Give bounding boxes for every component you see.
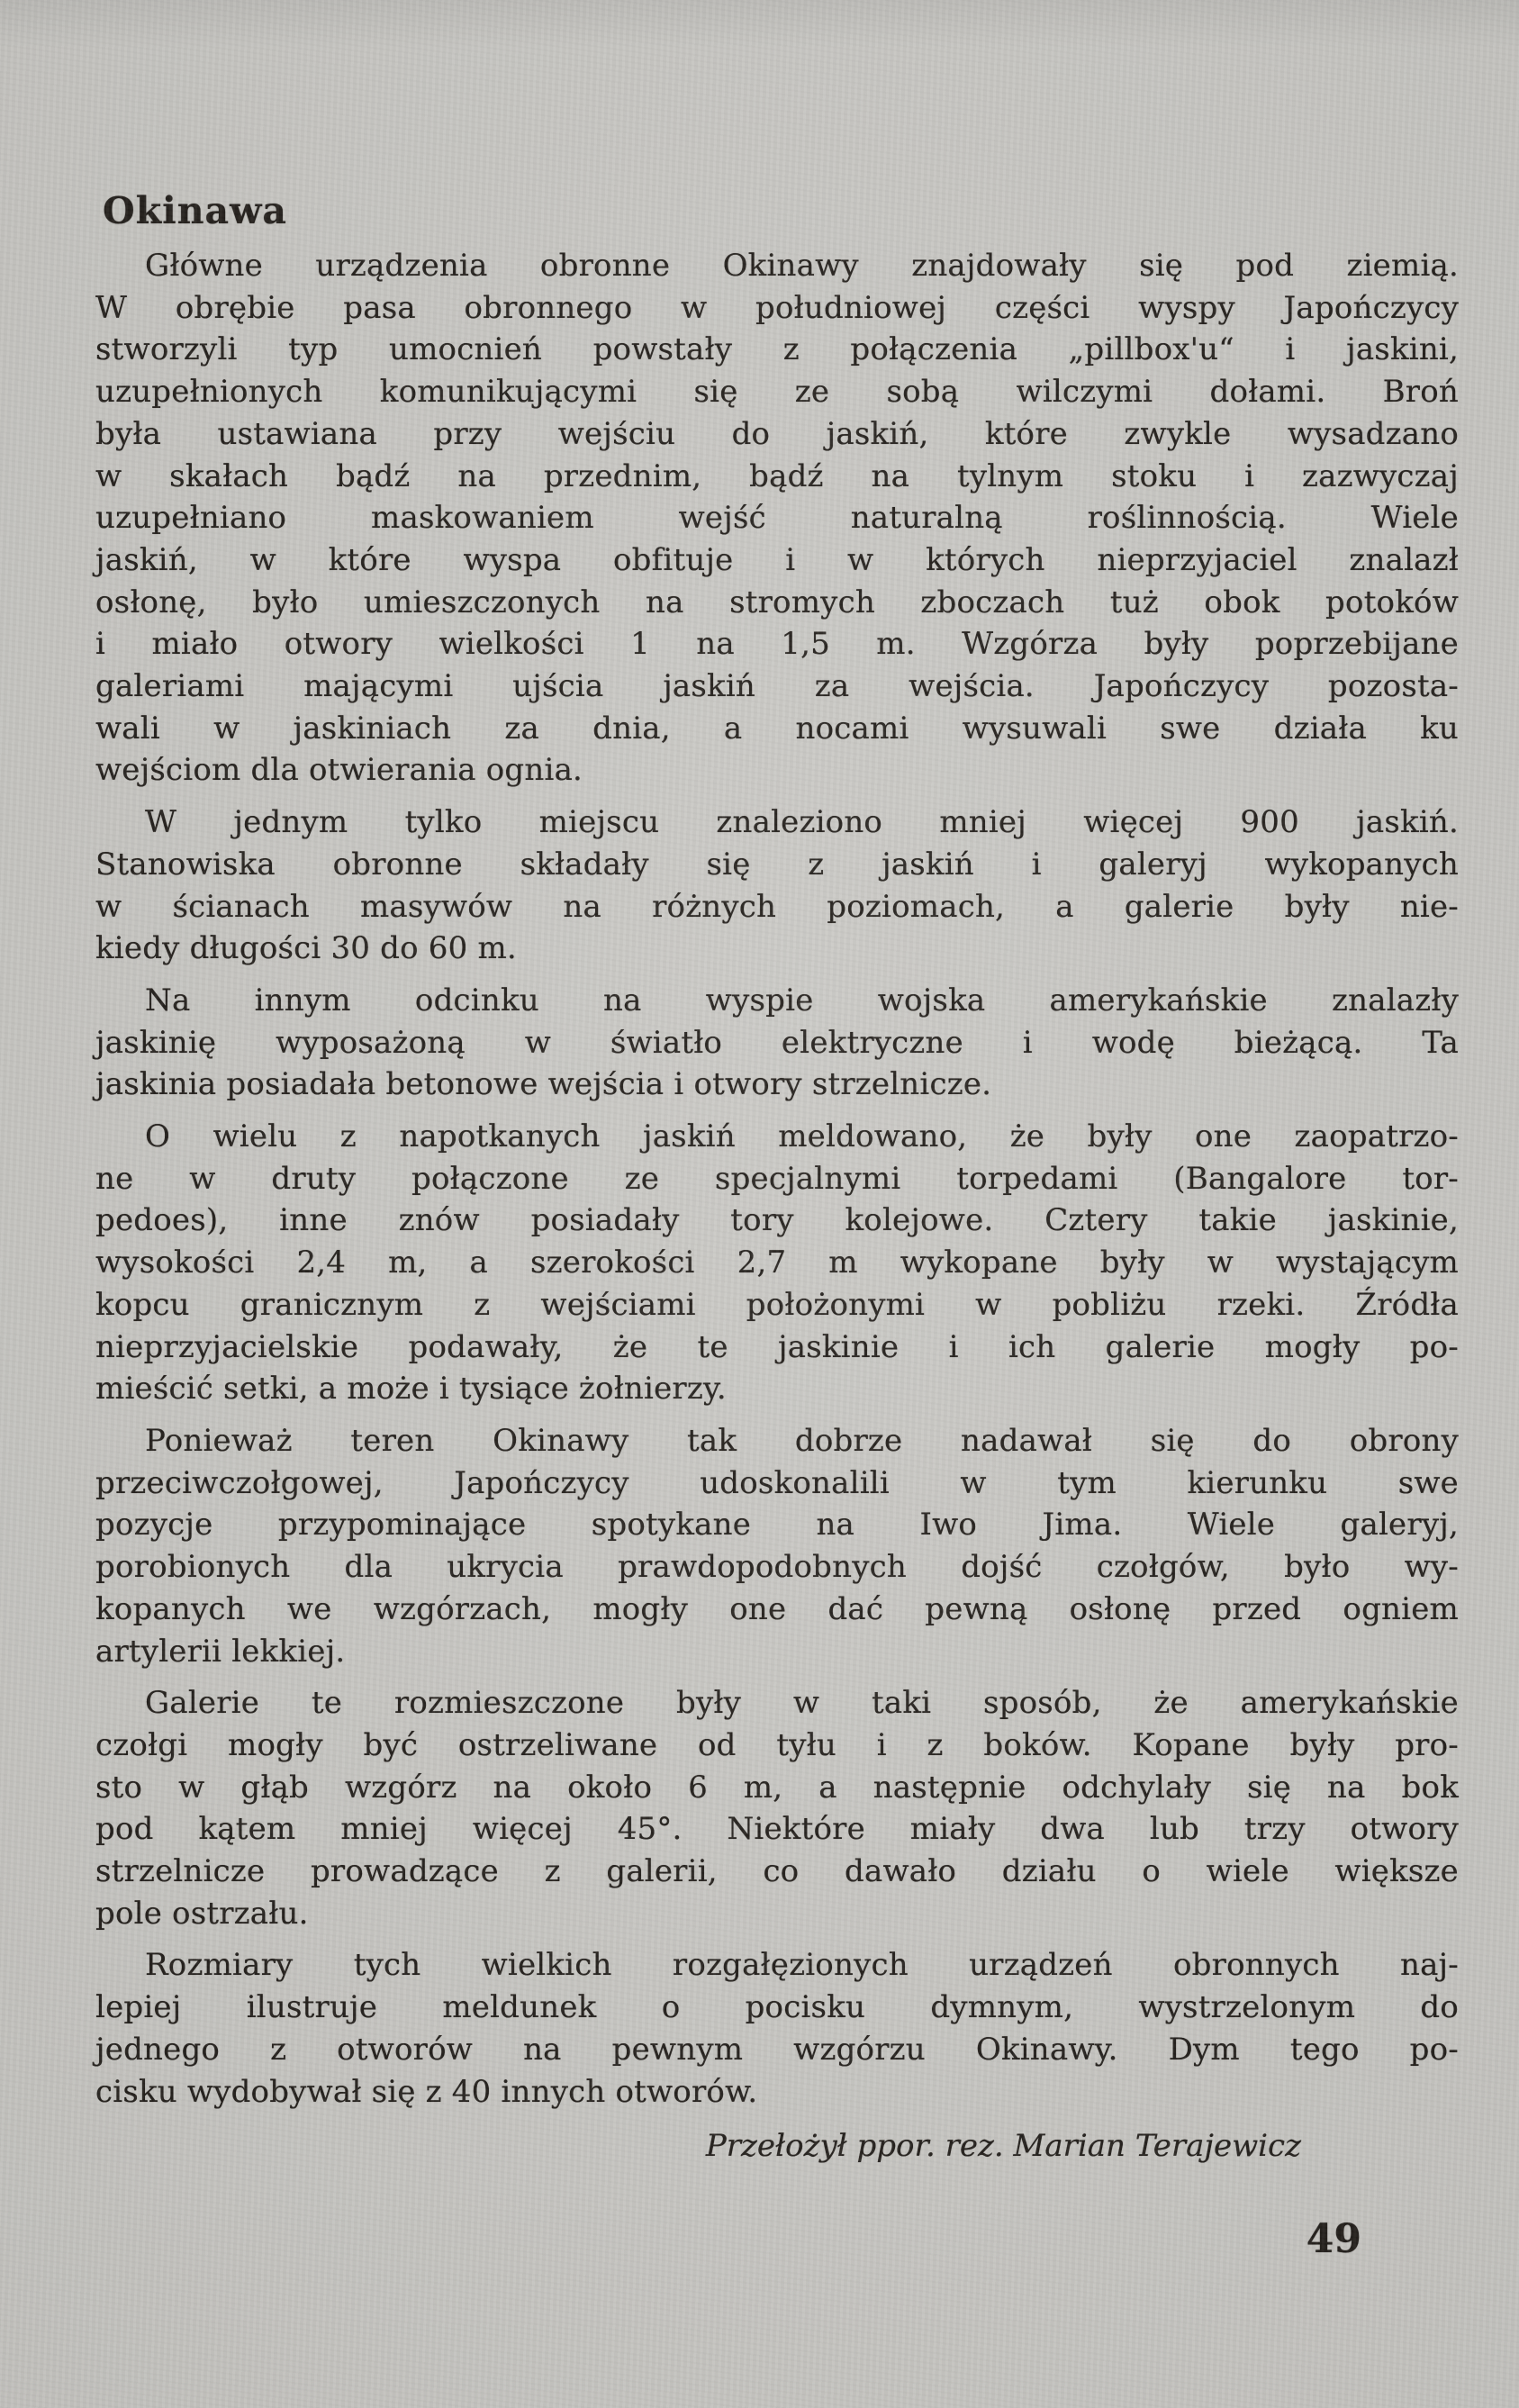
scanned-book-page: Okinawa Główne urządzenia obronne Okinaw… [0, 0, 1519, 2408]
text-line: była ustawiana przy wejściu do jaskiń, k… [95, 413, 1459, 456]
text-line: w skałach bądź na przednim, bądź na tyln… [95, 456, 1459, 498]
text-line: strzelnicze prowadzące z galerii, co daw… [95, 1851, 1459, 1893]
text-line: osłonę, było umieszczonych na stromych z… [95, 582, 1459, 624]
page-number: 49 [95, 2217, 1459, 2262]
body-text: Główne urządzenia obronne Okinawy znajdo… [95, 245, 1459, 2113]
text-line: Ponieważ teren Okinawy tak dobrze nadawa… [95, 1420, 1459, 1462]
text-line: sto w głąb wzgórz na około 6 m, a następ… [95, 1767, 1459, 1809]
text-line: W obrębie pasa obronnego w południowej c… [95, 287, 1459, 330]
translator-credit: Przełożył ppor. rez. Marian Terajewicz [95, 2125, 1459, 2168]
text-line: pod kątem mniej więcej 45°. Niektóre mia… [95, 1808, 1459, 1851]
paragraph: Rozmiary tych wielkich rozgałęzionych ur… [95, 1944, 1459, 2113]
text-block: Okinawa Główne urządzenia obronne Okinaw… [95, 0, 1459, 2262]
text-line: Główne urządzenia obronne Okinawy znajdo… [95, 245, 1459, 287]
text-line: lepiej ilustruje meldunek o pocisku dymn… [95, 1987, 1459, 2029]
text-line: uzupełnionych komunikującymi się ze sobą… [95, 371, 1459, 413]
text-line: pozycje przypominające spotykane na Iwo … [95, 1504, 1459, 1546]
text-line: ne w druty połączone ze specjalnymi torp… [95, 1158, 1459, 1200]
text-line: jaskinia posiadała betonowe wejścia i ot… [95, 1064, 1459, 1106]
paragraph: Ponieważ teren Okinawy tak dobrze nadawa… [95, 1420, 1459, 1672]
text-line: wali w jaskiniach za dnia, a nocami wysu… [95, 708, 1459, 750]
text-line: stworzyli typ umocnień powstały z połącz… [95, 329, 1459, 371]
text-line: kopanych we wzgórzach, mogły one dać pew… [95, 1589, 1459, 1631]
text-line: i miało otwory wielkości 1 na 1,5 m. Wzg… [95, 623, 1459, 665]
text-line: czołgi mogły być ostrzeliwane od tyłu i … [95, 1725, 1459, 1767]
text-line: cisku wydobywał się z 40 innych otworów. [95, 2071, 1459, 2114]
text-line: jaskiń, w które wyspa obfituje i w który… [95, 539, 1459, 582]
text-line: galeriami mającymi ujścia jaskiń za wejś… [95, 665, 1459, 708]
text-line: kopcu granicznym z wejściami położonymi … [95, 1284, 1459, 1326]
text-line: w ścianach masywów na różnych poziomach,… [95, 886, 1459, 928]
paragraph: Galerie te rozmieszczone były w taki spo… [95, 1682, 1459, 1934]
text-line: wejściom dla otwierania ognia. [95, 749, 1459, 792]
section-title: Okinawa [103, 189, 1459, 232]
text-line: Galerie te rozmieszczone były w taki spo… [95, 1682, 1459, 1725]
text-line: kiedy długości 30 do 60 m. [95, 928, 1459, 970]
text-line: wysokości 2,4 m, a szerokości 2,7 m wyko… [95, 1242, 1459, 1284]
paragraph: O wielu z napotkanych jaskiń meldowano, … [95, 1116, 1459, 1410]
text-line: jednego z otworów na pewnym wzgórzu Okin… [95, 2029, 1459, 2071]
paragraph: Główne urządzenia obronne Okinawy znajdo… [95, 245, 1459, 792]
text-line: porobionych dla ukrycia prawdopodobnych … [95, 1546, 1459, 1589]
text-line: uzupełniano maskowaniem wejść naturalną … [95, 497, 1459, 539]
text-line: Stanowiska obronne składały się z jaskiń… [95, 844, 1459, 886]
text-line: pole ostrzału. [95, 1893, 1459, 1935]
text-line: mieścić setki, a może i tysiące żołnierz… [95, 1368, 1459, 1410]
text-line: nieprzyjacielskie podawały, że te jaskin… [95, 1326, 1459, 1369]
text-line: artylerii lekkiej. [95, 1631, 1459, 1673]
text-line: przeciwczołgowej, Japończycy udoskonalil… [95, 1462, 1459, 1505]
text-line: W jednym tylko miejscu znaleziono mniej … [95, 801, 1459, 844]
text-line: Na innym odcinku na wyspie wojska ameryk… [95, 980, 1459, 1022]
text-line: Rozmiary tych wielkich rozgałęzionych ur… [95, 1944, 1459, 1987]
text-line: O wielu z napotkanych jaskiń meldowano, … [95, 1116, 1459, 1158]
paragraph: W jednym tylko miejscu znaleziono mniej … [95, 801, 1459, 970]
text-line: jaskinię wyposażoną w światło elektryczn… [95, 1022, 1459, 1064]
paragraph: Na innym odcinku na wyspie wojska ameryk… [95, 980, 1459, 1106]
text-line: pedoes), inne znów posiadały tory kolejo… [95, 1199, 1459, 1242]
